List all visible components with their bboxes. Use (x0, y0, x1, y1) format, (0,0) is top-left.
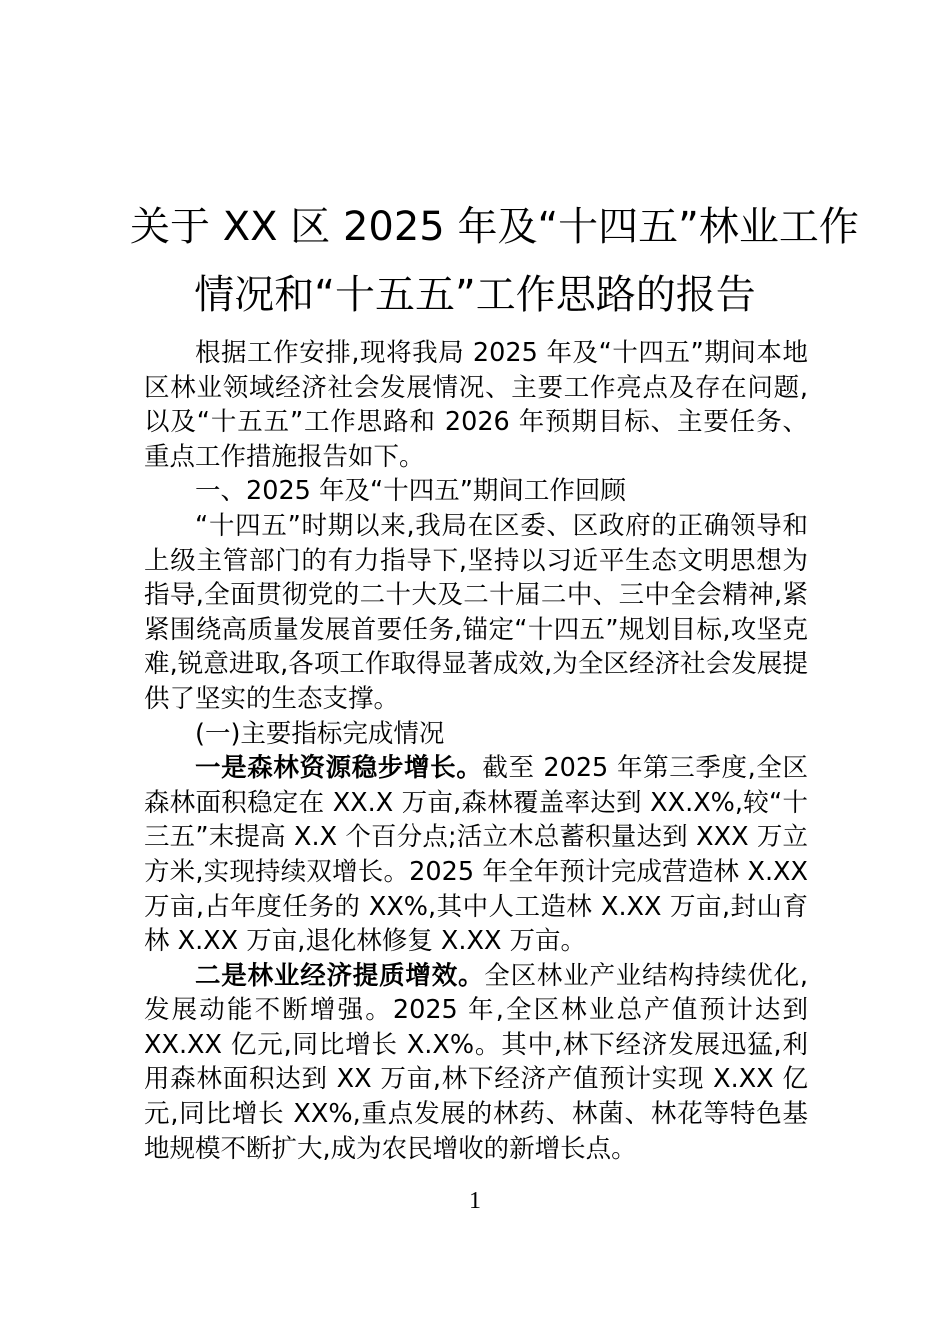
paragraph-text: 全区林业产业结构持续优化,发展动能不断增强。2025 年,全区林业总产值预计达到… (144, 961, 808, 1164)
paragraph-lead: 二是林业经济提质增效。 (195, 961, 484, 991)
paragraph-lead: 一是森林资源稳步增长。 (195, 753, 482, 783)
page-number: 1 (0, 1188, 950, 1215)
section-heading-1: 一、2025 年及“十四五”期间工作回顾 (144, 474, 808, 509)
document-title: 关于 XX 区 2025 年及“十四五”林业工作 情况和“十五五”工作思路的报告 (130, 193, 820, 329)
paragraph-text: 根据工作安排,现将我局 2025 年及“十四五”期间本地区林业领域经济社会发展情… (144, 338, 808, 472)
title-line-1: 关于 XX 区 2025 年及“十四五”林业工作 (130, 193, 820, 261)
paragraph-text: 截至 2025 年第三季度,全区森林面积稳定在 XX.X 万亩,森林覆盖率达到 … (144, 753, 808, 956)
review-paragraph: “十四五”时期以来,我局在区委、区政府的正确领导和上级主管部门的有力指导下,坚持… (144, 509, 808, 717)
subsection-heading-text: (一)主要指标完成情况 (195, 719, 444, 749)
section-heading-text: 一、2025 年及“十四五”期间工作回顾 (195, 476, 626, 506)
subsection-heading-1: (一)主要指标完成情况 (144, 717, 808, 752)
forest-resources-paragraph: 一是森林资源稳步增长。截至 2025 年第三季度,全区森林面积稳定在 XX.X … (144, 751, 808, 959)
paragraph-text: “十四五”时期以来,我局在区委、区政府的正确领导和上级主管部门的有力指导下,坚持… (144, 511, 808, 714)
document-page: 关于 XX 区 2025 年及“十四五”林业工作 情况和“十五五”工作思路的报告… (0, 0, 950, 1344)
title-line-2: 情况和“十五五”工作思路的报告 (130, 261, 820, 329)
document-body: 根据工作安排,现将我局 2025 年及“十四五”期间本地区林业领域经济社会发展情… (144, 336, 808, 1166)
intro-paragraph: 根据工作安排,现将我局 2025 年及“十四五”期间本地区林业领域经济社会发展情… (144, 336, 808, 474)
forestry-economy-paragraph: 二是林业经济提质增效。全区林业产业结构持续优化,发展动能不断增强。2025 年,… (144, 959, 808, 1167)
